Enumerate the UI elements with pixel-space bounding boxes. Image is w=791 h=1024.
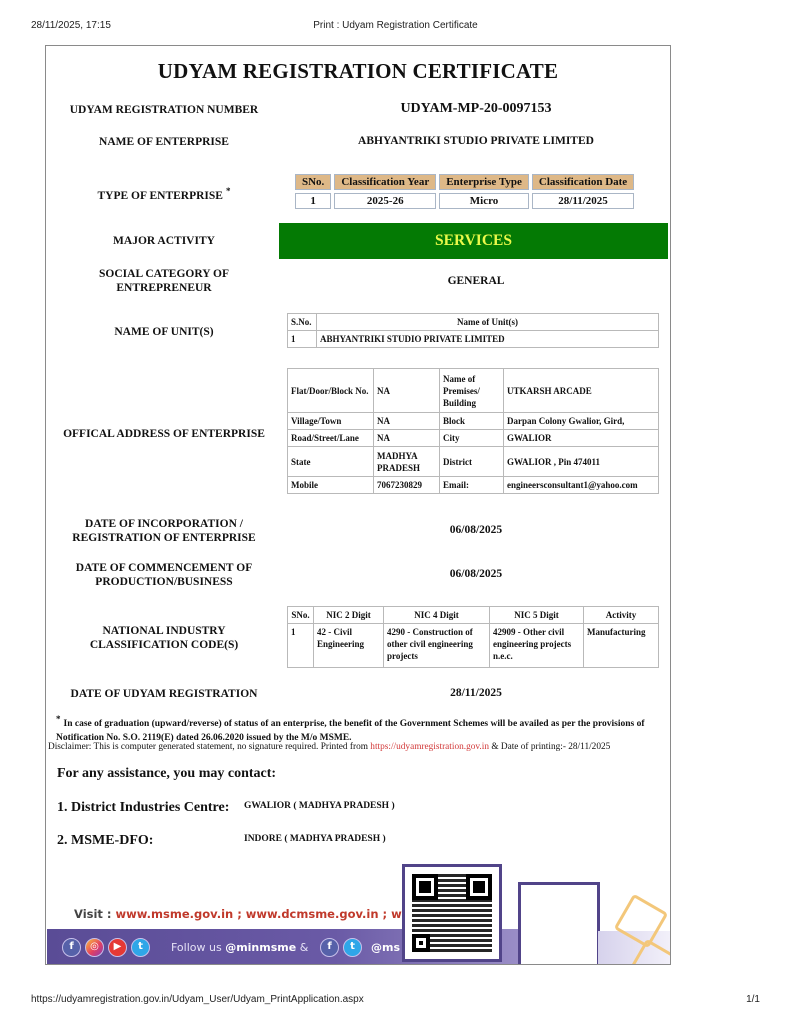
major-activity-label: MAJOR ACTIVITY [46, 234, 282, 248]
instagram-icon[interactable]: ◎ [85, 938, 104, 957]
print-url: https://udyamregistration.gov.in/Udyam_U… [31, 994, 364, 1005]
mobile-value: 7067230829 [374, 477, 440, 494]
contact-dic: 1. District Industries Centre: [57, 798, 229, 816]
enterprise-type-label: TYPE OF ENTERPRISE* [46, 184, 282, 203]
address-row: Village/Town NA Block Darpan Colony Gwal… [288, 413, 659, 430]
email-value: engineersconsultant1@yahoo.com [504, 477, 659, 494]
address-row: State MADHYA PRADESH District GWALIOR , … [288, 447, 659, 477]
city-value: GWALIOR [504, 430, 659, 447]
city-label: City [440, 430, 504, 447]
disclaimer-prefix: Disclaimer: This is computer generated s… [48, 742, 370, 752]
cell-unit-name: ABHYANTRIKI STUDIO PRIVATE LIMITED [317, 331, 659, 348]
col-activity: Activity [584, 607, 659, 624]
visit-urls[interactable]: www.msme.gov.in ; www.dcmsme.gov.in ; ww… [116, 907, 427, 921]
qr-code-pattern [412, 874, 492, 952]
col-enterprise-type: Enterprise Type [439, 174, 529, 190]
col-sno: S.No. [288, 314, 317, 331]
print-header: 28/11/2025, 17:15 Print : Udyam Registra… [0, 20, 791, 34]
road-label: Road/Street/Lane [288, 430, 374, 447]
enterprise-type-label-text: TYPE OF ENTERPRISE [98, 190, 223, 202]
disclaimer-link[interactable]: https://udyamregistration.gov.in [370, 742, 489, 752]
follow-text: Follow us @minmsme & [171, 941, 308, 954]
asterisk: * [226, 186, 231, 196]
incorporation-date-label: DATE OF INCORPORATION / REGISTRATION OF … [66, 517, 262, 545]
contact-msme-dfo-label: 2. MSME-DFO: [57, 833, 153, 848]
nic-header-row: SNo. NIC 2 Digit NIC 4 Digit NIC 5 Digit… [288, 607, 659, 624]
cell-nic5: 42909 - Other civil engineering projects… [490, 624, 584, 668]
classification-table: SNo. Classification Year Enterprise Type… [292, 171, 637, 212]
cell-nic4: 4290 - Construction of other civil engin… [384, 624, 490, 668]
village-value: NA [374, 413, 440, 430]
flat-label: Flat/Door/Block No. [288, 369, 374, 413]
col-unit-name: Name of Unit(s) [317, 314, 659, 331]
certificate-title: UDYAM REGISTRATION CERTIFICATE [46, 59, 670, 84]
visit-links: Visit : www.msme.gov.in ; www.dcmsme.gov… [74, 907, 427, 921]
col-classification-date: Classification Date [532, 174, 634, 190]
page-number: 1/1 [746, 994, 760, 1005]
contact-msme-dfo: 2. MSME-DFO: [57, 831, 153, 849]
social-category-label: SOCIAL CATEGORY OF ENTREPRENEUR [86, 267, 242, 295]
follow-handle[interactable]: @minmsme [225, 941, 296, 954]
qr-code [402, 864, 502, 962]
classification-header-row: SNo. Classification Year Enterprise Type… [295, 174, 634, 190]
cell-activity: Manufacturing [584, 624, 659, 668]
photo-frame [518, 882, 600, 965]
col-classification-year: Classification Year [334, 174, 436, 190]
disclaimer-suffix: & Date of printing:- 28/11/2025 [489, 742, 610, 752]
twitter-icon[interactable]: t [343, 938, 362, 957]
assistance-title: For any assistance, you may contact: [57, 766, 276, 782]
note-asterisk: * [56, 714, 61, 724]
certificate: UDYAM REGISTRATION CERTIFICATE UDYAM REG… [45, 45, 671, 965]
table-row: 1 42 - Civil Engineering 4290 - Construc… [288, 624, 659, 668]
cell-enterprise-type: Micro [439, 193, 529, 209]
commencement-date-label: DATE OF COMMENCEMENT OF PRODUCTION/BUSIN… [66, 561, 262, 589]
premises-value: UTKARSH ARCADE [504, 369, 659, 413]
cell-nic2: 42 - Civil Engineering [314, 624, 384, 668]
road-value: NA [374, 430, 440, 447]
state-label: State [288, 447, 374, 477]
address-table: Flat/Door/Block No. NA Name of Premises/… [287, 368, 659, 494]
premises-label: Name of Premises/ Building [440, 369, 504, 413]
major-activity-value: SERVICES [279, 223, 668, 259]
social-category-value: GENERAL [282, 275, 670, 287]
contact-dic-label: 1. District Industries Centre: [57, 800, 229, 815]
address-label: OFFICAL ADDRESS OF ENTERPRISE [46, 427, 282, 441]
district-value: GWALIOR , Pin 474011 [504, 447, 659, 477]
state-value: MADHYA PRADESH [374, 447, 440, 477]
follow-amp: & [296, 941, 308, 954]
address-row: Road/Street/Lane NA City GWALIOR [288, 430, 659, 447]
disclaimer: Disclaimer: This is computer generated s… [48, 742, 670, 752]
district-label: District [440, 447, 504, 477]
print-title: Print : Udyam Registration Certificate [0, 20, 791, 31]
facebook-icon[interactable]: f [62, 938, 81, 957]
incorporation-date-value: 06/08/2025 [282, 524, 670, 536]
email-label: Email: [440, 477, 504, 494]
nic-table: SNo. NIC 2 Digit NIC 4 Digit NIC 5 Digit… [287, 606, 659, 668]
unit-table: S.No. Name of Unit(s) 1 ABHYANTRIKI STUD… [287, 313, 659, 348]
follow-label: Follow us [171, 941, 225, 954]
table-row: 1 ABHYANTRIKI STUDIO PRIVATE LIMITED [288, 331, 659, 348]
col-sno: SNo. [288, 607, 314, 624]
col-sno: SNo. [295, 174, 331, 190]
registration-number-label: UDYAM REGISTRATION NUMBER [46, 103, 282, 117]
block-label: Block [440, 413, 504, 430]
contact-msme-dfo-value: INDORE ( MADHYA PRADESH ) [244, 834, 386, 844]
cell-sno: 1 [288, 624, 314, 668]
col-nic2: NIC 2 Digit [314, 607, 384, 624]
print-footer: https://udyamregistration.gov.in/Udyam_U… [0, 994, 791, 1008]
cell-sno: 1 [295, 193, 331, 209]
enterprise-name-label: NAME OF ENTERPRISE [46, 135, 282, 149]
graduation-note: *In case of graduation (upward/reverse) … [56, 712, 662, 745]
cell-sno: 1 [288, 331, 317, 348]
enterprise-name-value: ABHYANTRIKI STUDIO PRIVATE LIMITED [282, 135, 670, 147]
cell-classification-year: 2025-26 [334, 193, 436, 209]
commencement-date-value: 06/08/2025 [282, 568, 670, 580]
flat-value: NA [374, 369, 440, 413]
mobile-label: Mobile [288, 477, 374, 494]
address-row: Mobile 7067230829 Email: engineersconsul… [288, 477, 659, 494]
registration-number-value: UDYAM-MP-20-0097153 [282, 101, 670, 117]
visit-label: Visit : [74, 907, 116, 921]
table-row: 1 2025-26 Micro 28/11/2025 [295, 193, 634, 209]
twitter-icon[interactable]: t [131, 938, 150, 957]
facebook-icon[interactable]: f [320, 938, 339, 957]
cell-classification-date: 28/11/2025 [532, 193, 634, 209]
follow-handle-2[interactable]: @ms [371, 941, 400, 954]
udyam-date-label: DATE OF UDYAM REGISTRATION [46, 687, 282, 701]
village-label: Village/Town [288, 413, 374, 430]
col-nic5: NIC 5 Digit [490, 607, 584, 624]
note-text: In case of graduation (upward/reverse) o… [56, 719, 645, 743]
youtube-icon[interactable]: ▶ [108, 938, 127, 957]
address-row: Flat/Door/Block No. NA Name of Premises/… [288, 369, 659, 413]
contact-dic-value: GWALIOR ( MADHYA PRADESH ) [244, 801, 395, 811]
block-value: Darpan Colony Gwalior, Gird, [504, 413, 659, 430]
unit-header-row: S.No. Name of Unit(s) [288, 314, 659, 331]
udyam-date-value: 28/11/2025 [282, 687, 670, 699]
unit-name-label: NAME OF UNIT(S) [46, 325, 282, 339]
col-nic4: NIC 4 Digit [384, 607, 490, 624]
nic-label: NATIONAL INDUSTRY CLASSIFICATION CODE(S) [76, 624, 252, 652]
